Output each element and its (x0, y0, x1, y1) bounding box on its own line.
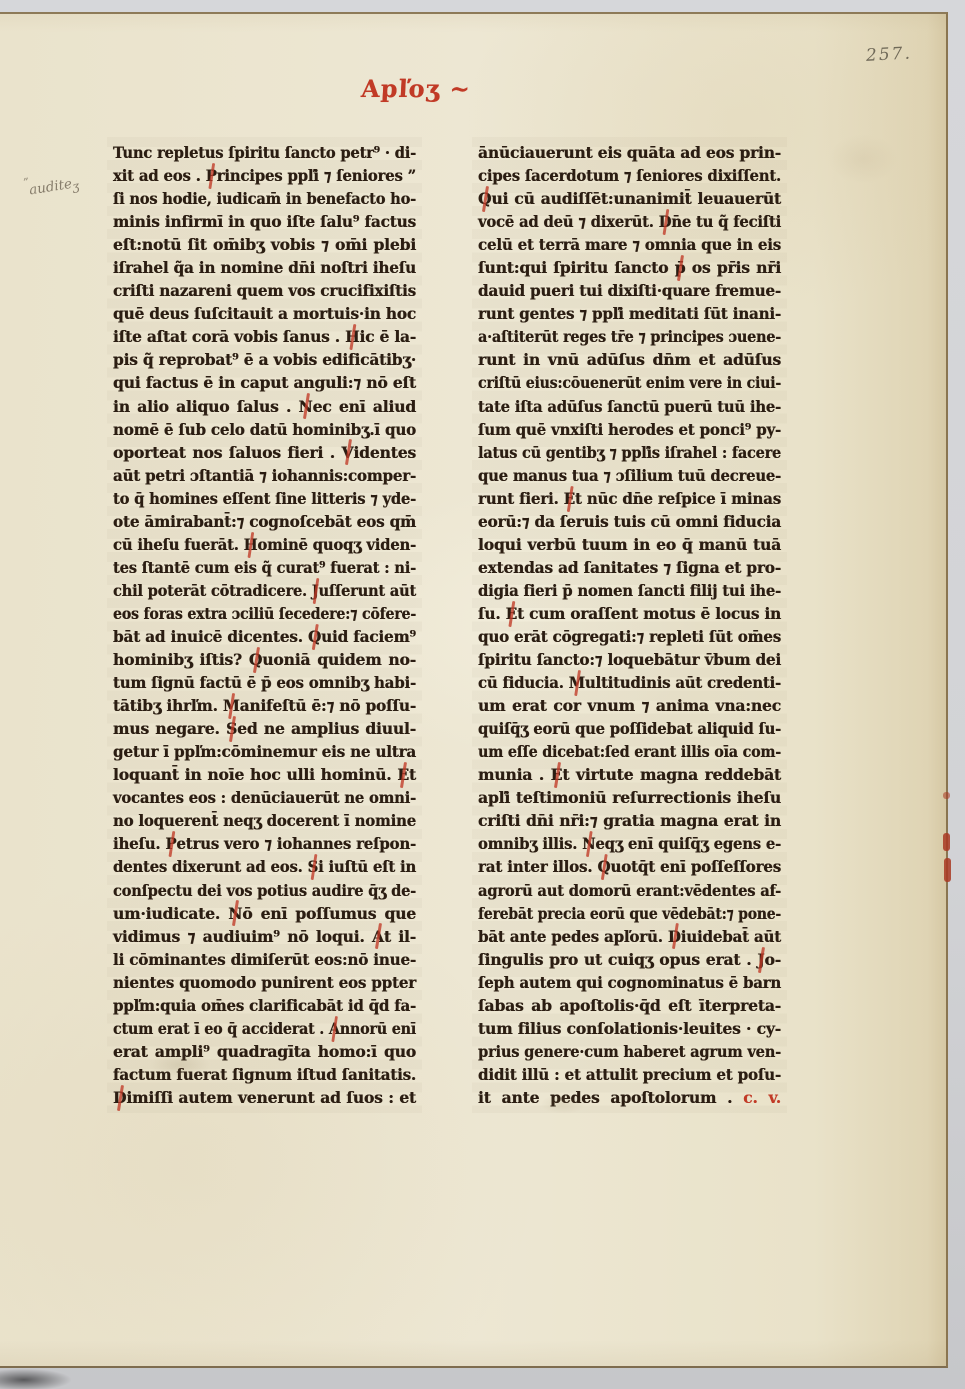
text-line: um·iudicate. Nō enī poſſumus que (113, 902, 416, 925)
text-line: nientes quomodo punirent eos ppter (113, 971, 416, 994)
text-line: runt in vnū adūſus dn̄m et adūſus (478, 348, 781, 371)
rubricated-initial: Q (597, 855, 610, 878)
text-line: que manus tua ⁊ ɔſilium tuū decreue- (478, 464, 781, 487)
rubricated-initial: p̄ (675, 256, 686, 279)
text-line: ānūciauerunt eis quāta ad eos prin- (478, 141, 781, 164)
text-line: ſi nos hodie, iudicam̄ in benefacto ho- (113, 187, 416, 210)
text-line: ſunt:qui ſpiritu ſancto p̄ os pr̄is nr̄i (478, 256, 781, 279)
text-line: hominibʒ iſtis? Quoniā quidem no- (113, 648, 416, 671)
fore-edge-red-mark (944, 858, 951, 882)
margin-note-flourish: ʒ (71, 179, 80, 194)
text-line: iheſu. Petrus vero ⁊ iohannes reſpon- (113, 832, 416, 855)
text-line: in alio aliquo ſalus . Nec enī aliud (113, 395, 416, 418)
rubricated-initial: V (342, 441, 354, 464)
text-line: ote āmirabant̄:⁊ cognoſcebāt eos qm̄ (113, 510, 416, 533)
text-line: celū et terrā mare ⁊ omnia que in eis (478, 233, 781, 256)
text-line: loquant̄ in noīe hoc ulli hominū. Et (113, 763, 416, 786)
text-line: li cōminantes dimiſerūt eos:nō inue- (113, 948, 416, 971)
rubricated-initial: H (244, 533, 258, 556)
manuscript-page: Apľoʒ ~ 257. ”auditeʒ Tunc repletus ſpir… (0, 12, 948, 1368)
text-line: um eſſe dicebat:ſed erant illis oīa com- (478, 740, 781, 763)
text-line: criſti dn̄i nr̄i:⁊ gratia magna erat in (478, 809, 781, 832)
text-line: eos foras extra ɔciliū ſecedere:⁊ cōfere… (113, 602, 416, 625)
book-edge-smudge (0, 1366, 95, 1389)
rubricated-initial: S (226, 717, 237, 740)
text-line: Qui cū audiſſēt:unanimit̄ leuauerūt (478, 187, 781, 210)
text-line: ſpiritu ſancto:⁊ loquebātur v̄bum dei (478, 648, 781, 671)
text-line: vocantes eos : denūciauerūt ne omni- (113, 786, 416, 809)
text-line: ctum erat ī eo q̄ acciderat . Annorū enī (113, 1017, 416, 1040)
text-line: apľi teſtimoniū reſurrectionis iheſu (478, 786, 781, 809)
text-line: criſtū eius:cōuenerūt enim vere in ciui- (478, 371, 781, 394)
text-line: dauid pueri tui dixiſti·quare fremue- (478, 279, 781, 302)
text-line: eſt:notū ſit om̄ibʒ vobis ⁊ om̄i plebi (113, 233, 416, 256)
text-line: prius genere·cum haberet agrum ven- (478, 1040, 781, 1063)
text-line: a·aſtiterūt reges tr̄e ⁊ principes ɔuene… (478, 325, 781, 348)
text-line: cū iheſu fuerāt. Hominē quoqʒ viden- (113, 533, 416, 556)
text-line: didit illū : et attulit precium et poſu- (478, 1063, 781, 1086)
text-line: eorū:⁊ da ſeruis tuis cū omni fiducia (478, 510, 781, 533)
text-line: chil poterāt cōtradicere. Juſſerunt aūt (113, 579, 416, 602)
text-line: mus negare. Sed ne amplius diuul- (113, 717, 416, 740)
text-line: ſum quē vnxiſti herodes et ponci⁹ py- (478, 418, 781, 441)
rubricated-initial: P (165, 832, 176, 855)
rubricated-initial: Q (308, 625, 321, 648)
text-line: iſte aſtat corā vobis ſanus . Hic ē la- (113, 325, 416, 348)
text-line: oporteat nos ſaluos fieri . Videntes (113, 441, 416, 464)
text-line: aūt petri ɔſtantiā ⁊ iohannis:comper- (113, 464, 416, 487)
rubricated-initial: A (372, 925, 384, 948)
text-line: tātibʒ ihrľm. Manifeſtū ē:⁊ nō poſſu- (113, 694, 416, 717)
rubricated-initial: E (564, 487, 575, 510)
text-line: conſpectu dei vos potius audire q̄ʒ de- (113, 879, 416, 902)
rubricated-initial: J (757, 948, 764, 971)
text-line: nomē ē ſub celo datū hominibʒ.ī quo (113, 418, 416, 441)
text-line: rat inter illos. Quotq̄t enī poſſeſſores (478, 855, 781, 878)
folio-number: 257. (866, 42, 937, 66)
margin-note-text: audite (28, 176, 73, 199)
running-head: Apľoʒ ~ (325, 74, 507, 103)
text-line: ſabas ab apoſtolis·q̄d eſt īterpreta- (478, 994, 781, 1017)
text-line: tum ſignū factū ē p̄ eos omnibʒ habi- (113, 671, 416, 694)
text-line: ferebāt precia eorū que vēdebāt:⁊ pone- (478, 902, 781, 925)
text-line: agrorū aut domorū erant:vēdentes af- (478, 879, 781, 902)
fore-edge-red-mark (943, 792, 950, 799)
rubricated-initial: D (668, 925, 681, 948)
text-line: dentes dixerunt ad eos. Si iuſtū eſt in (113, 855, 416, 878)
rubricated-initial: E (551, 763, 563, 786)
text-line: it ante pedes apoſtolorum . c. v. (478, 1086, 781, 1109)
chapter-marker: c. v. (743, 1088, 781, 1107)
text-line: runt fieri. Et nūc dn̄e reſpice ī minas (478, 487, 781, 510)
text-line: extendas ad ſanitates ⁊ ſigna et pro- (478, 556, 781, 579)
text-line: pis q̃ reprobat⁹ ē a vobis edificātibʒ· (113, 348, 416, 371)
text-line: iſrahel q̃a in nomine dn̄i noſtri iheſu (113, 256, 416, 279)
text-line: um erat cor vnum ⁊ anima vna:nec (478, 694, 781, 717)
text-line: getur ī ppľm:cōminemur eis ne ultra (113, 740, 416, 763)
rubricated-initial: A (329, 1017, 340, 1040)
photo-background: Apľoʒ ~ 257. ”auditeʒ Tunc repletus ſpir… (0, 0, 965, 1389)
text-line: no loquerent̄ neqʒ docerent ī nomine (113, 809, 416, 832)
text-line: digia fieri p̄ nomen ſancti filij tui ih… (478, 579, 781, 602)
text-line: ppľm:quia om̄es clarificabāt id q̄d fa- (113, 994, 416, 1017)
rubricated-initial: D (659, 210, 672, 233)
text-line: bāt ad inuicē dicentes. Quid faciem⁹ (113, 625, 416, 648)
rubricated-initial: M (569, 671, 585, 694)
text-line: criſti nazareni quem vos crucifixiſtis (113, 279, 416, 302)
text-line: Dimiſſi autem venerunt ad ſuos : et (113, 1086, 416, 1109)
rubricated-initial: N (582, 832, 595, 855)
text-line: ſingulis pro ut cuiqʒ opus erat . Jo- (478, 948, 781, 971)
text-line: cipes ſacerdotum ⁊ ſeniores dixiſſent. (478, 164, 781, 187)
rubricated-initial: D (113, 1086, 126, 1109)
rubricated-initial: E (506, 602, 517, 625)
margin-note-audite: ”auditeʒ (22, 168, 80, 201)
text-line: loqui verbū tuum in eo q̄ manū tuā (478, 533, 781, 556)
rubricated-initial: Q (478, 187, 491, 210)
text-line: vidimus ⁊ audiuim⁹ nō loqui. At il- (113, 925, 416, 948)
text-line: tate iſta adūſus ſanctū puerū tuū ihe- (478, 395, 781, 418)
text-line: tes ſtantē cum eis q̃ curat⁹ fuerat : ni… (113, 556, 416, 579)
text-line: cū fiducia. Multitudinis aūt credenti- (478, 671, 781, 694)
text-line: quē deus ſuſcitauit a mortuis·in hoc (113, 302, 416, 325)
rubricated-initial: H (345, 325, 359, 348)
parchment-stain (828, 134, 898, 184)
rubricated-initial: N (299, 395, 313, 418)
text-line: factum fuerat ſignum iſtud ſanitatis. (113, 1063, 416, 1086)
text-line: minis infirmī in quo iſte ſalu⁹ factus (113, 210, 416, 233)
text-line: omnibʒ illis. Neqʒ enī quiſq̄ʒ egens e- (478, 832, 781, 855)
rubricated-initial: Q (249, 648, 262, 671)
text-line: to q̄ homines eſſent ſine litteris ⁊ yde… (113, 487, 416, 510)
text-line: ſeph autem qui cognominatus ē barn (478, 971, 781, 994)
text-line: Tunc repletus ſpiritu ſancto petr⁹ · di- (113, 141, 416, 164)
text-line: erat ampli⁹ quadragīta homo:ī quo (113, 1040, 416, 1063)
text-line: bāt ante pedes apľorū. Diuidebat̄ aūt (478, 925, 781, 948)
text-line: ſu. Et cum oraſſent motus ē locus in (478, 602, 781, 625)
rubricated-initial: S (308, 855, 319, 878)
rubricated-initial: M (223, 694, 240, 717)
text-line: tum filius conſolationis·leuites · cy- (478, 1017, 781, 1040)
text-column-left: Tunc repletus ſpiritu ſancto petr⁹ · di-… (113, 141, 416, 1109)
text-line: quiſq̄ʒ eorū que poſſidebat aliquid ſu- (478, 717, 781, 740)
rubricated-initial: P (206, 164, 217, 187)
rubricated-initial: N (228, 902, 242, 925)
text-line: vocē ad deū ⁊ dixerūt. Dn̄e tu q̃ feciſt… (478, 210, 781, 233)
text-line: quo erāt cōgregati:⁊ repleti ſūt om̄es (478, 625, 781, 648)
text-line: qui factus ē in caput anguli:⁊ nō eſt (113, 371, 416, 394)
text-line: munia . Et virtute magna reddebāt (478, 763, 781, 786)
text-line: xit ad eos . Principes ppľi ⁊ ſeniores ” (113, 164, 416, 187)
rubricated-initial: J (312, 579, 319, 602)
fore-edge-red-mark (943, 833, 950, 851)
text-line: runt gentes ⁊ ppľi meditati ſūt inani- (478, 302, 781, 325)
text-column-right: ānūciauerunt eis quāta ad eos prin-cipes… (478, 141, 781, 1109)
rubricated-initial: E (397, 763, 409, 786)
text-line: latus cū gentibʒ ⁊ ppľis iſrahel : facer… (478, 441, 781, 464)
